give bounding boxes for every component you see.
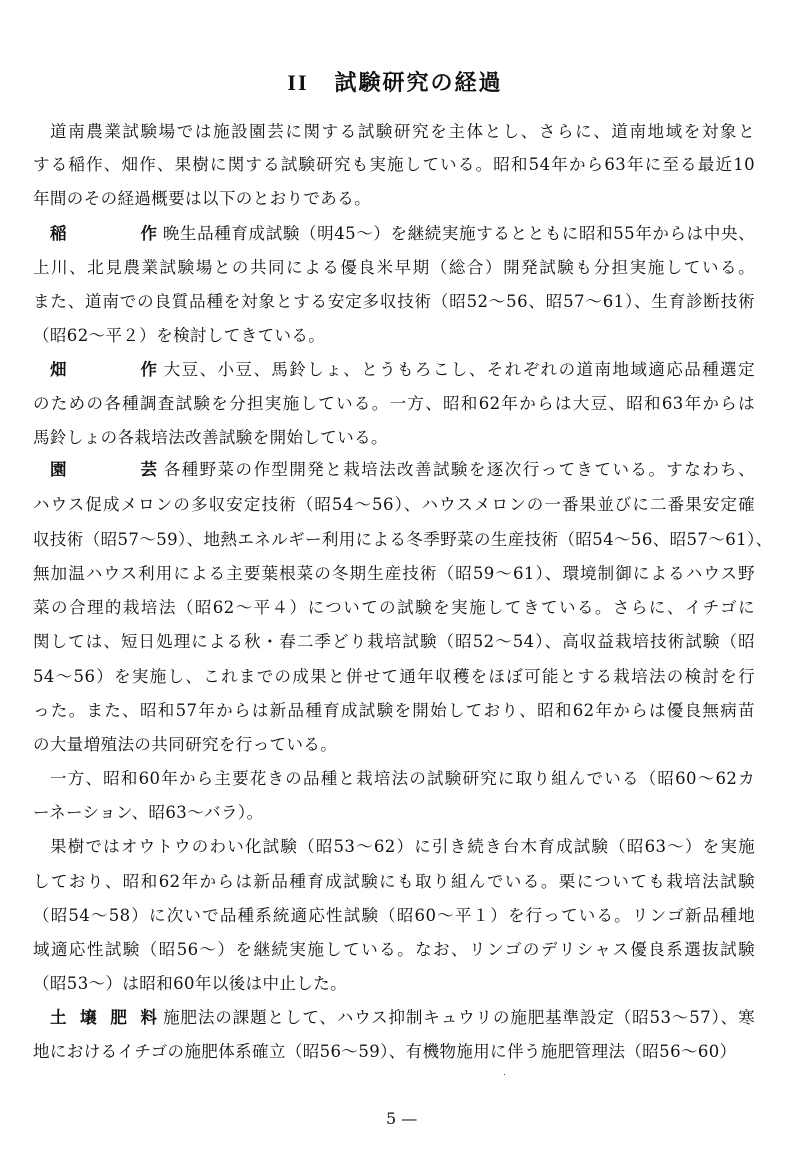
rice-line: （昭62～平２）を検討してきている。 <box>33 325 755 347</box>
document-page: II試験研究の経過 道南農業試験場では施設園芸に関する試験研究を主体とし、さらに… <box>0 0 790 1150</box>
soil-section-first-line: 土壌肥料 施肥法の課題として、ハウス抑制キュウリの施肥基準設定（昭53～57）、… <box>50 1007 755 1029</box>
rice-line: 晩生品種育成試験（明45～）を継続実施するとともに昭和55年からは中央、 <box>163 224 755 243</box>
horticulture-section-first-line: 園 芸 各種野菜の作型開発と栽培法改善試験を逐次行ってきている。すなわち、 <box>50 459 755 481</box>
fruit-line: （昭54～58）に次いで品種系統適応性試験（昭60～平１）を行っている。リンゴ新… <box>33 905 755 927</box>
soil-line: 地におけるイチゴの施肥体系確立（昭56～59）、有機物施用に伴う施肥管理法（昭5… <box>33 1041 755 1063</box>
flower-line: 一方、昭和60年から主要花きの品種と栽培法の試験研究に取り組んでいる（昭60～6… <box>50 768 755 790</box>
horticulture-line: 関しては、短日処理による秋・春二季どり栽培試験（昭52～54）、高収益栽培技術試… <box>33 631 755 653</box>
section-title: II試験研究の経過 <box>0 68 790 98</box>
intro-line: する稲作、畑作、果樹に関する試験研究も実施している。昭和54年から63年に至る最… <box>33 154 755 176</box>
rice-line: また、道南での良質品種を対象とする安定多収技術（昭52～56、昭57～61）、生… <box>33 291 755 313</box>
fruit-line: （昭53～）は昭和60年以後は中止した。 <box>33 973 755 995</box>
horticulture-line: の大量増殖法の共同研究を行っている。 <box>33 734 755 756</box>
field-crops-line: 馬鈴しょの各栽培法改善試験を開始している。 <box>33 427 755 449</box>
fruit-line: 果樹ではオウトウのわい化試験（昭53～62）に引き続き台木育成試験（昭63～）を… <box>50 836 755 858</box>
soil-line: 施肥法の課題として、ハウス抑制キュウリの施肥基準設定（昭53～57）、寒 <box>163 1008 755 1027</box>
section-label-horticulture: 園 芸 <box>50 459 157 481</box>
horticulture-line: 各種野菜の作型開発と栽培法改善試験を逐次行ってきている。すなわち、 <box>164 460 755 479</box>
horticulture-line: 菜の合理的栽培法（昭62～平４）についての試験を実施してきている。さらに、イチゴ… <box>33 597 755 619</box>
flower-line: ーネーション、昭63～バラ）。 <box>33 802 755 824</box>
field-crops-line: 大豆、小豆、馬鈴しょ、とうもろこし、それぞれの道南地域適応品種選定 <box>164 360 755 379</box>
section-label-soil-fertilizer: 土壌肥料 <box>50 1007 157 1029</box>
intro-line: 年間のその経過概要は以下のとおりである。 <box>33 188 755 210</box>
scan-speck <box>504 1074 505 1075</box>
rice-line: 上川、北見農業試験場との共同による優良米早期（総合）開発試験も分担実施している。 <box>33 257 755 279</box>
field-crops-section-first-line: 畑 作 大豆、小豆、馬鈴しょ、とうもろこし、それぞれの道南地域適応品種選定 <box>50 359 755 381</box>
fruit-line: 域適応性試験（昭56～）を継続実施している。なお、リンゴのデリシャス優良系選抜試… <box>33 939 755 961</box>
section-label-field-crops: 畑 作 <box>50 359 157 381</box>
horticulture-line: った。また、昭和57年からは新品種育成試験を開始しており、昭和62年からは優良無… <box>33 700 755 722</box>
section-heading: 試験研究の経過 <box>335 70 503 96</box>
page-number: 5 — <box>386 1108 417 1130</box>
fruit-line: しており、昭和62年からは新品種育成試験にも取り組んでいる。栗についても栽培法試… <box>33 871 755 893</box>
horticulture-line: ハウス促成メロンの多収安定技術（昭54～56）、ハウスメロンの一番果並びに二番果… <box>33 494 755 516</box>
horticulture-line: 収技術（昭57～59）、地熱エネルギー利用による冬季野菜の生産技術（昭54～56… <box>33 529 755 551</box>
section-label-rice: 稲 作 <box>50 223 157 245</box>
horticulture-line: 54～56）を実施し、これまでの成果と併せて通年収穫をほぼ可能とする栽培法の検討… <box>33 666 755 688</box>
rice-section-first-line: 稲 作 晩生品種育成試験（明45～）を継続実施するとともに昭和55年からは中央、 <box>50 223 755 245</box>
field-crops-line: のための各種調査試験を分担実施している。一方、昭和62年からは大豆、昭和63年か… <box>33 393 755 415</box>
section-number: II <box>287 70 308 95</box>
intro-line: 道南農業試験場では施設園芸に関する試験研究を主体とし、さらに、道南地域を対象と <box>50 121 755 143</box>
horticulture-line: 無加温ハウス利用による主要葉根菜の冬期生産技術（昭59～61）、環境制御によるハ… <box>33 563 755 585</box>
